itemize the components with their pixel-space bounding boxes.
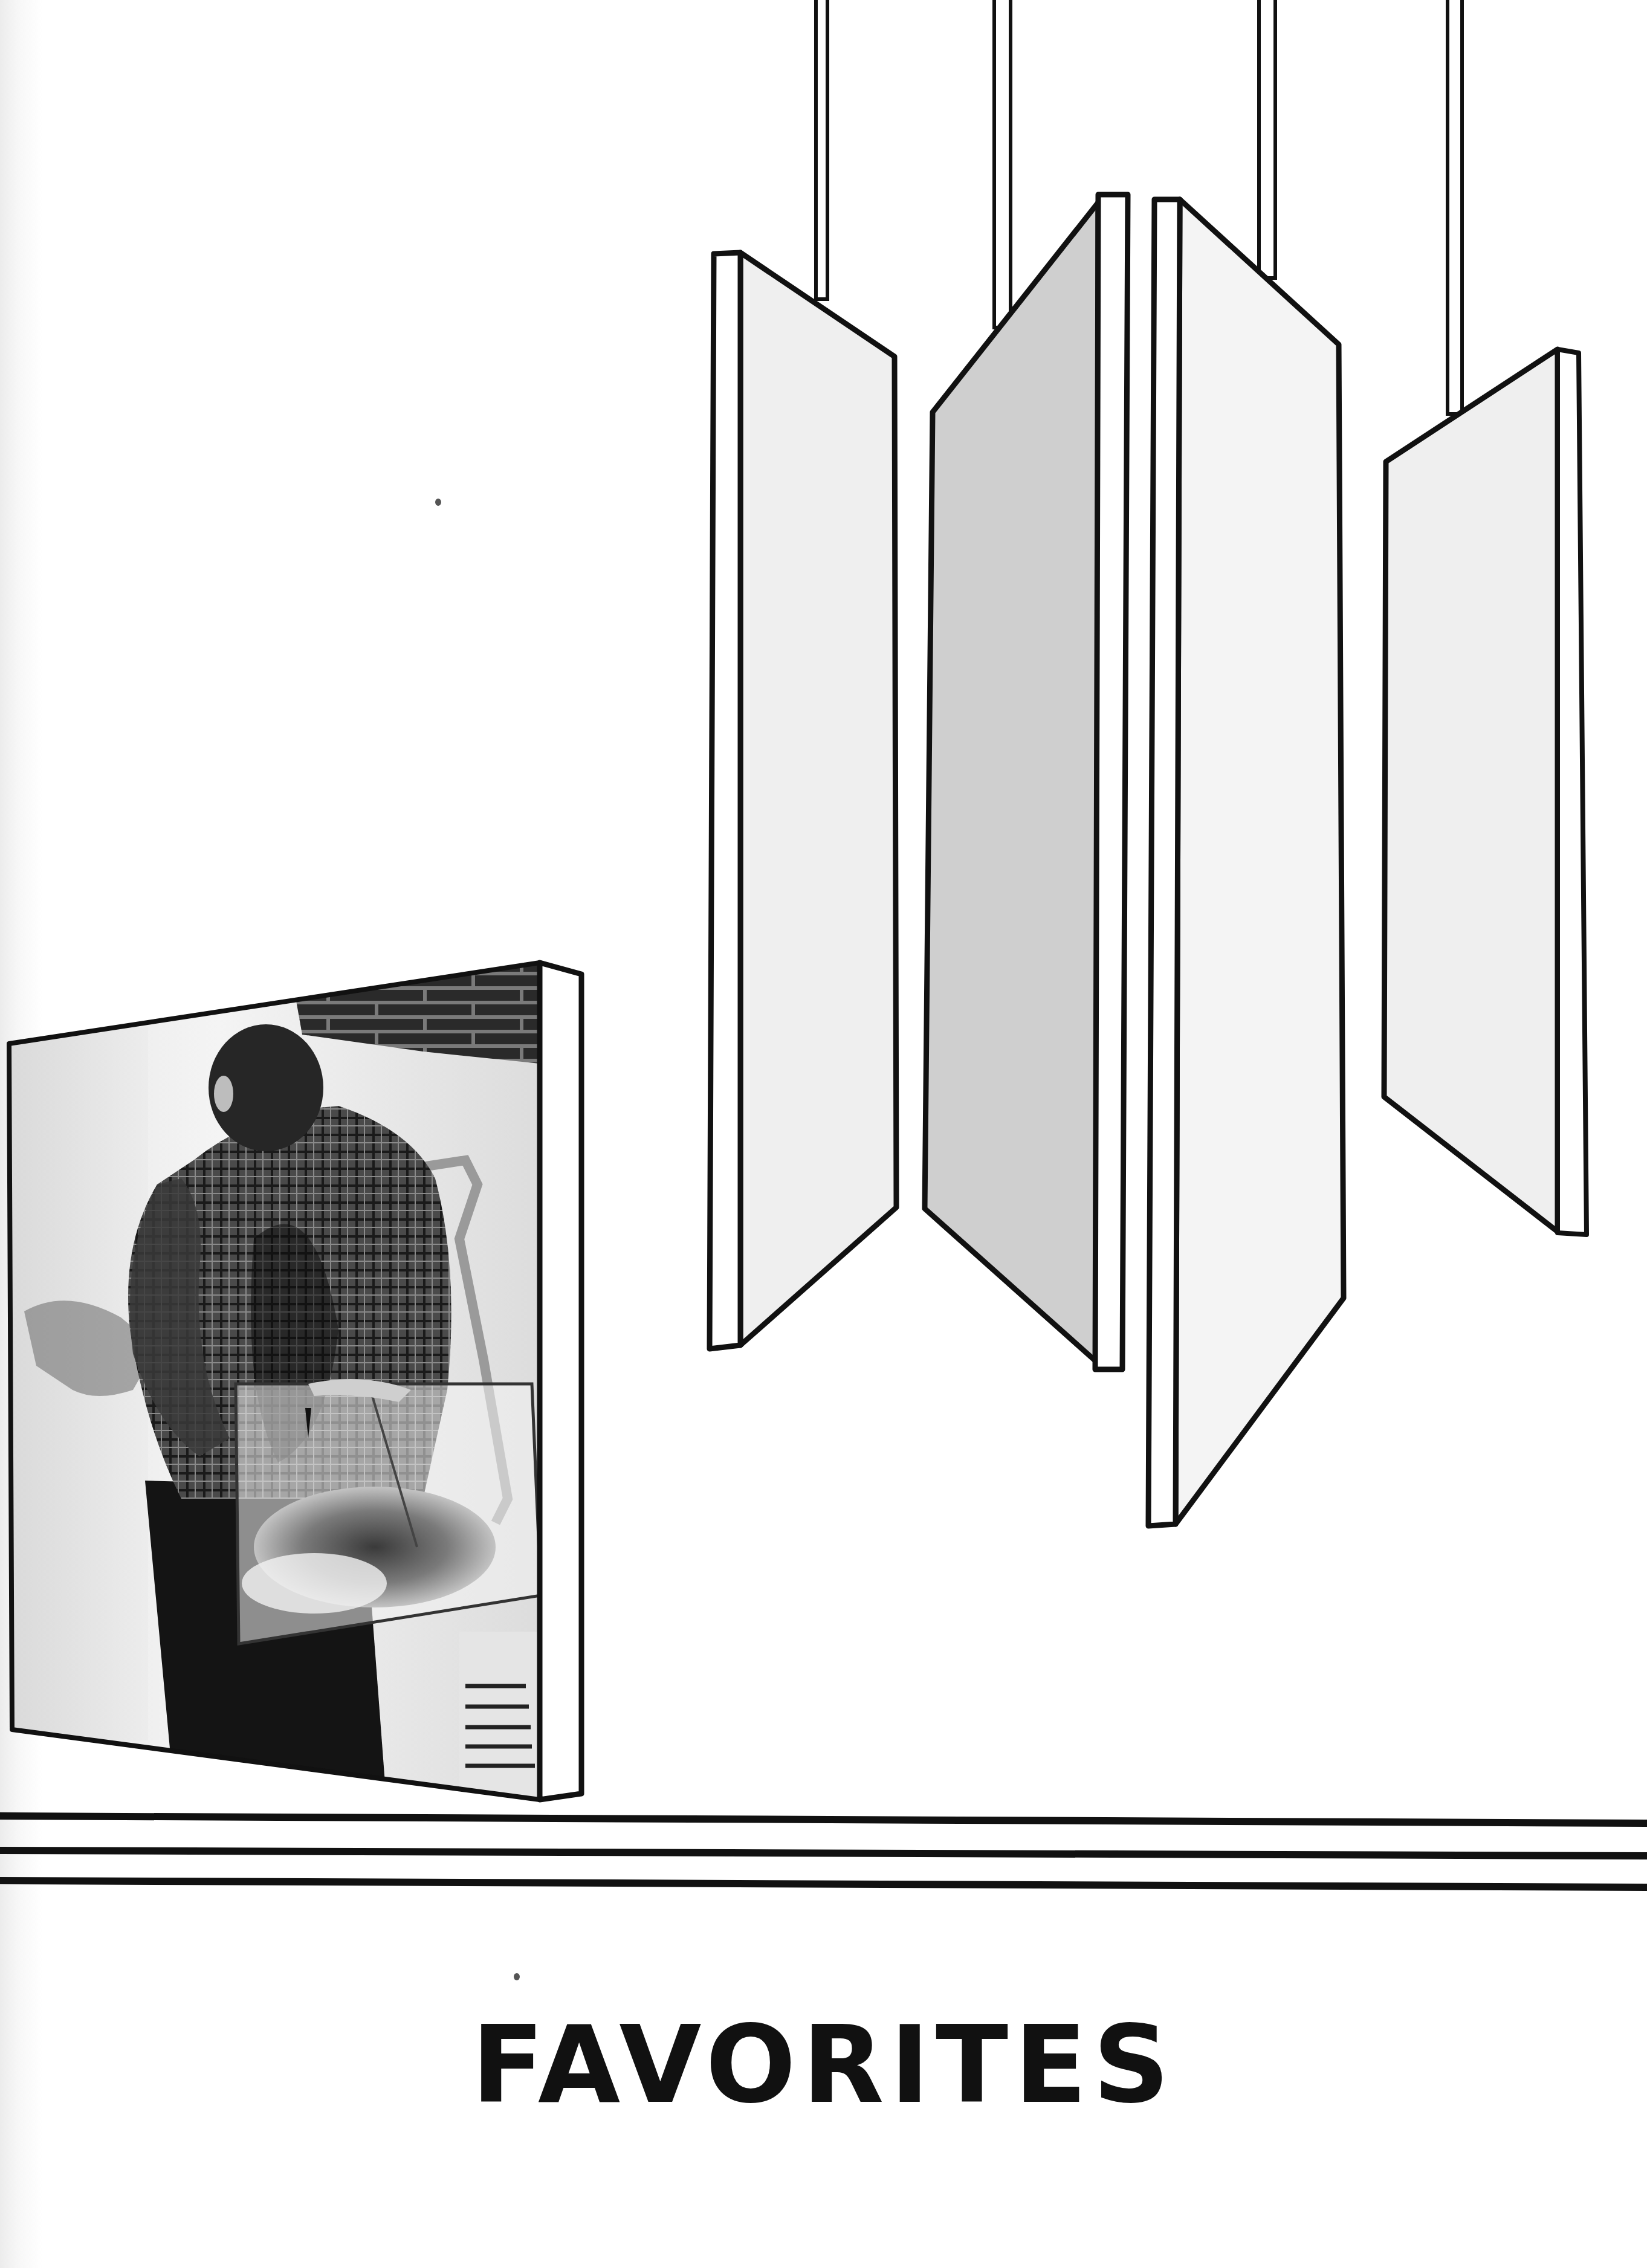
yearbook-page: FAVORITES: [0, 0, 1647, 2268]
hanging-panel-4: [1384, 349, 1587, 1235]
page-artwork: [0, 0, 1647, 2268]
rod-3: [1259, 0, 1275, 278]
rule-3: [0, 1881, 1647, 1887]
hanging-panel-3: [1148, 199, 1344, 1526]
louvered-cabinet: [459, 1632, 538, 1807]
rod-2: [994, 0, 1011, 328]
photo-panel: [0, 955, 581, 1813]
rod-1: [816, 0, 827, 299]
hanging-rods: [816, 0, 1462, 414]
page-title: FAVORITES: [0, 2005, 1647, 2126]
rod-4: [1448, 0, 1462, 414]
rule-2: [0, 1850, 1647, 1856]
print-speck: [514, 1973, 520, 1980]
print-speck: [435, 499, 441, 506]
rule-1: [0, 1816, 1647, 1823]
horizontal-rules: [0, 1816, 1647, 1887]
hanging-panel-1: [710, 253, 896, 1349]
hanging-panel-2: [925, 195, 1128, 1369]
flower-box: [236, 1379, 541, 1644]
